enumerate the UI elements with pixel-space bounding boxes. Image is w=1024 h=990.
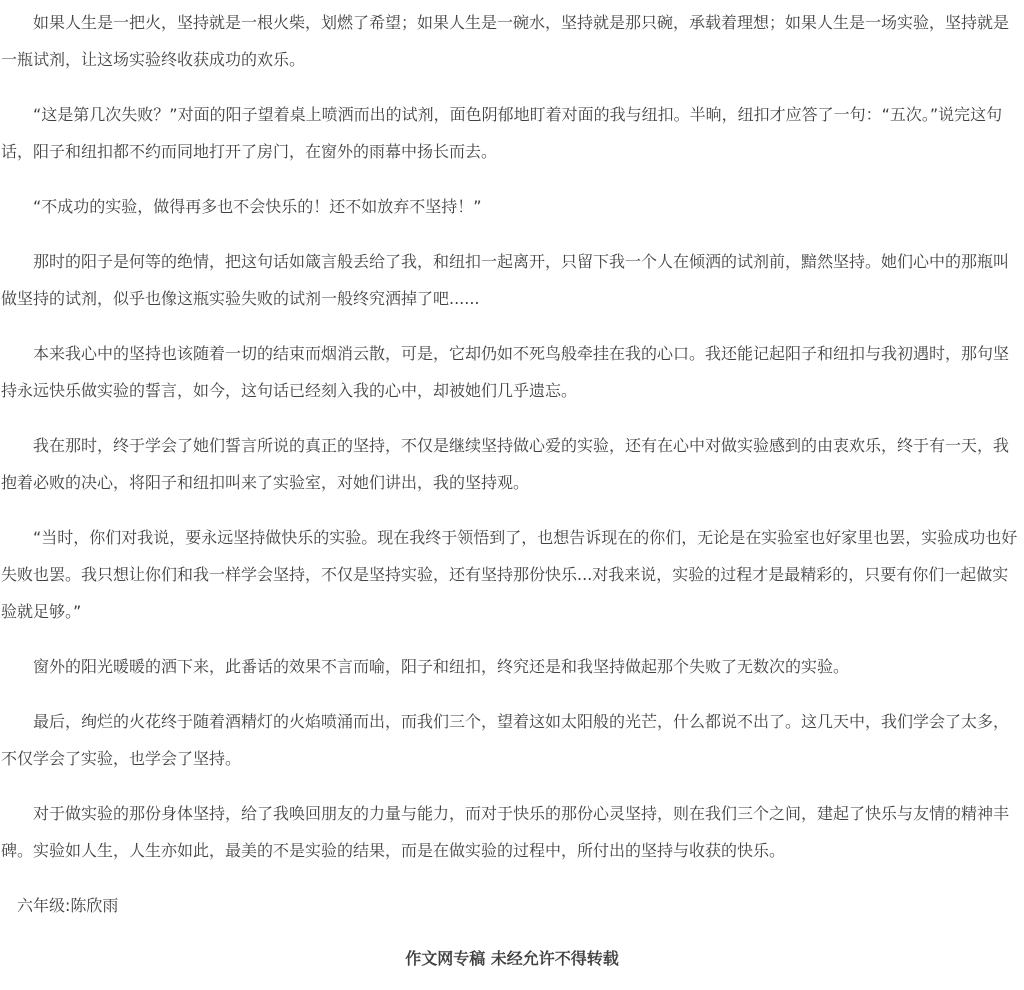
essay-paragraph: “不成功的实验，做得再多也不会快乐的！还不如放弃不坚持！”	[1, 188, 1023, 225]
essay-paragraph: “这是第几次失败？”对面的阳子望着桌上喷洒而出的试剂，面色阴郁地盯着对面的我与纽…	[1, 96, 1023, 170]
essay-paragraph: “当时，你们对我说，要永远坚持做快乐的实验。现在我终于领悟到了，也想告诉现在的你…	[1, 519, 1023, 630]
essay-paragraph: 如果人生是一把火，坚持就是一根火柴，划燃了希望；如果人生是一碗水，坚持就是那只碗…	[1, 4, 1023, 78]
essay-body: 如果人生是一把火，坚持就是一根火柴，划燃了希望；如果人生是一碗水，坚持就是那只碗…	[0, 0, 1024, 977]
copyright-notice: 作文网专稿 未经允许不得转载	[1, 940, 1023, 977]
essay-paragraph: 那时的阳子是何等的绝情，把这句话如箴言般丢给了我，和纽扣一起离开，只留下我一个人…	[1, 243, 1023, 317]
author-line: 六年级:陈欣雨	[1, 887, 1023, 924]
essay-paragraph: 我在那时，终于学会了她们誓言所说的真正的坚持，不仅是继续坚持做心爱的实验，还有在…	[1, 427, 1023, 501]
essay-page: { "page": { "background_color": "#ffffff…	[0, 0, 1024, 990]
essay-paragraph: 对于做实验的那份身体坚持，给了我唤回朋友的力量与能力，而对于快乐的那份心灵坚持，…	[1, 795, 1023, 869]
essay-paragraph: 窗外的阳光暖暖的洒下来，此番话的效果不言而喻，阳子和纽扣，终究还是和我坚持做起那…	[1, 648, 1023, 685]
essay-paragraph: 本来我心中的坚持也该随着一切的结束而烟消云散，可是，它却仍如不死鸟般牵挂在我的心…	[1, 335, 1023, 409]
essay-paragraph: 最后，绚烂的火花终于随着酒精灯的火焰喷涌而出，而我们三个，望着这如太阳般的光芒，…	[1, 703, 1023, 777]
